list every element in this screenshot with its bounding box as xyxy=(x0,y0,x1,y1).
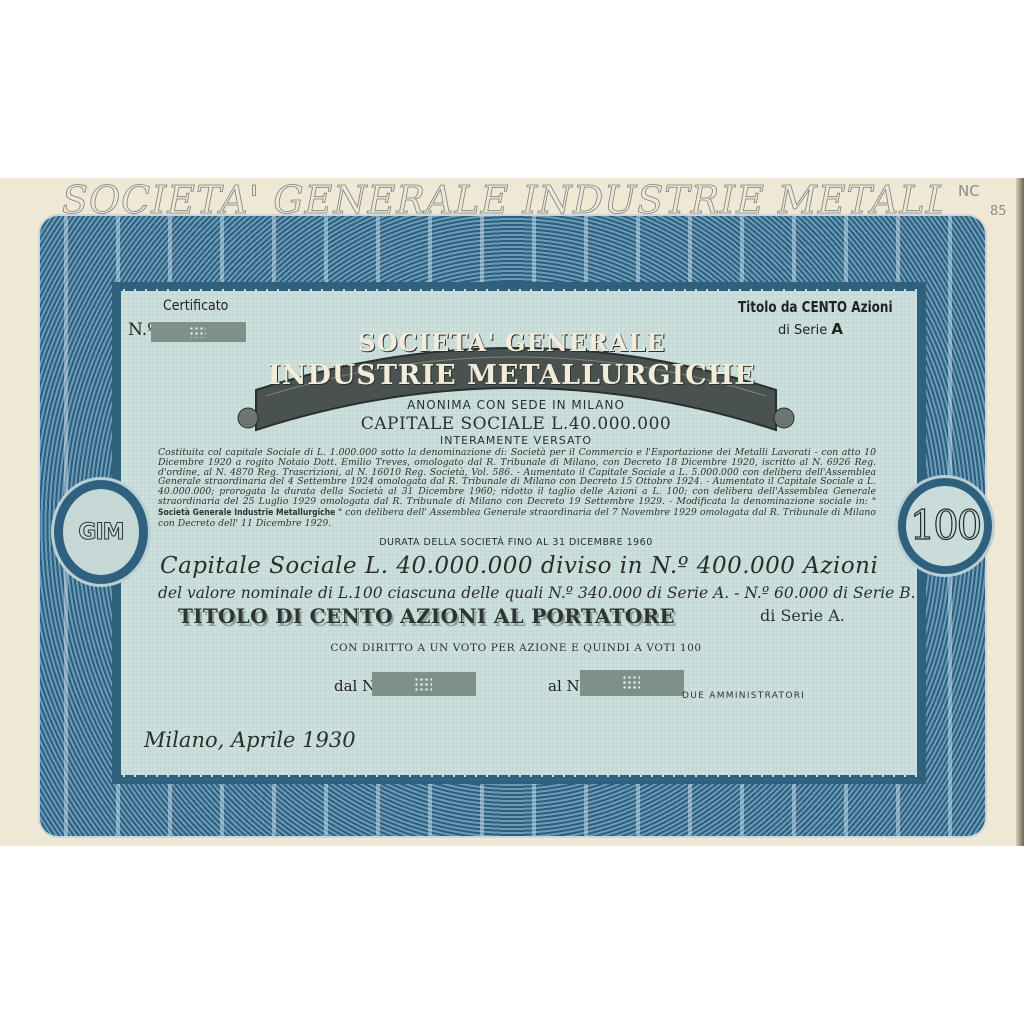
company-history-text: Costituita col capitale Sociale di L. 1.… xyxy=(158,448,876,528)
to-number-perforation xyxy=(580,670,684,696)
place-and-date: Milano, Aprile 1930 xyxy=(144,728,356,752)
from-number-perforation xyxy=(372,672,476,696)
denomination-seal: 100 xyxy=(898,478,992,574)
company-subtitle: ANONIMA CON SEDE IN MILANO xyxy=(236,398,796,412)
capital-script-line: Capitale Sociale L. 40.000.000 diviso in… xyxy=(160,553,878,579)
pencil-note-number: 85 xyxy=(990,204,1007,219)
certificate-label: Certificato xyxy=(163,298,228,314)
history-main: Costituita col capitale Sociale di L. 1.… xyxy=(158,447,876,507)
denomination-value: 100 xyxy=(910,503,980,549)
monogram-seal: GIM xyxy=(54,480,148,584)
certificate-title-series: di Serie A. xyxy=(760,606,845,625)
certificate-main-title: TITOLO DI CENTO AZIONI AL PORTATORE xyxy=(178,604,675,628)
pencil-note-nc: NC xyxy=(958,182,980,200)
printer-imprint: CARTE VALORI SPERA & C. MILANO-PARIGI xyxy=(420,843,620,847)
company-banner-script: SOCIETA' GENERALE INDUSTRIE METALLURGICH… xyxy=(62,180,942,220)
voting-rights-statement: CON DIRITTO A UN VOTO PER AZIONE E QUIND… xyxy=(236,642,796,654)
monogram-icon: GIM xyxy=(78,520,123,545)
nominal-value-script-line: del valore nominale di L.100 ciascuna de… xyxy=(158,584,916,602)
company-name-line-1: SOCIETA' GENERALE xyxy=(0,328,1024,357)
capital-heading: CAPITALE SOCIALE L.40.000.000 xyxy=(236,414,796,434)
directors-signature-label: DUE AMMINISTRATORI xyxy=(682,691,805,701)
shares-title: Titolo da CENTO Azioni xyxy=(738,298,893,316)
company-name-line-2: INDUSTRIE METALLURGICHE xyxy=(0,360,1024,391)
duration-statement: DURATA DELLA SOCIETÀ FINO AL 31 DICEMBRE… xyxy=(236,537,796,548)
paid-in-label: INTERAMENTE VERSATO xyxy=(236,434,796,447)
